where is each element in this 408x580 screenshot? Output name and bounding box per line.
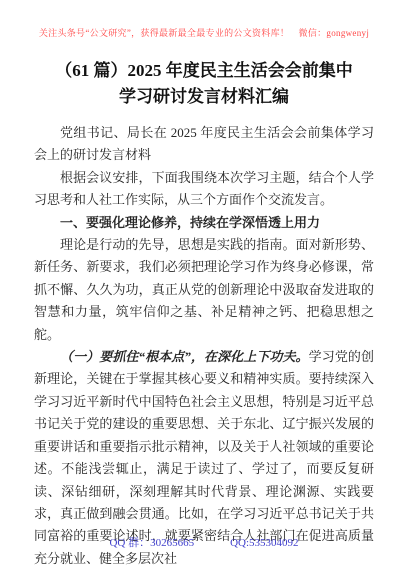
title-line-2: 学习研讨发言材料汇编 [119, 87, 289, 106]
paragraph-body-1: 理论是行动的先导，思想是实践的指南。面对新形势、新任务、新要求，我们必须把理论学… [34, 234, 374, 346]
document-page: 关注头条号“公文研究”，获得最新最全最专业的公文资料库！ 微信：gongweny… [0, 0, 408, 580]
contact-footer: QQ 群：30265665QQ:535304092 [0, 534, 408, 550]
promo-header-text: 关注头条号“公文研究”，获得最新最全最专业的公文资料库！ 微信：gongweny… [0, 26, 408, 39]
document-title: （61 篇）2025 年度民主生活会会前集中 学习研讨发言材料汇编 [0, 58, 408, 110]
text-run: 一、要强化理论修养，持续在学深悟透上用力 [60, 215, 320, 230]
paragraph-subtitle: 党组书记、局长在 2025 年度民主生活会会前集体学习会上的研讨发言材料 [34, 122, 374, 167]
document-body: 党组书记、局长在 2025 年度民主生活会会前集体学习会上的研讨发言材料根据会议… [34, 122, 374, 570]
text-run: （一）要抓住“根本点”，在深化上下功夫。 [60, 349, 309, 364]
qq-number: 535304092 [249, 537, 299, 549]
heading-section-1: 一、要强化理论修养，持续在学深悟透上用力 [34, 212, 374, 234]
qq-group-number: 30265665 [150, 537, 194, 549]
text-run: 理论是行动的先导，思想是实践的指南。面对新形势、新任务、新要求，我们必须把理论学… [34, 237, 374, 342]
title-line-1: （61 篇）2025 年度民主生活会会前集中 [55, 61, 353, 80]
qq-group-label: QQ 群： [109, 537, 150, 549]
qq-contact: QQ:535304092 [230, 537, 298, 549]
qq-group-contact: QQ 群：30265665 [109, 537, 194, 549]
text-run: 根据会议安排，下面我围绕本次学习主题，结合个人学习思考和人社工作实际，从三个方面… [34, 170, 374, 207]
qq-label: QQ: [230, 537, 249, 549]
text-run: 党组书记、局长在 2025 年度民主生活会会前集体学习会上的研讨发言材料 [34, 125, 374, 162]
paragraph-intro: 根据会议安排，下面我围绕本次学习主题，结合个人学习思考和人社工作实际，从三个方面… [34, 167, 374, 212]
